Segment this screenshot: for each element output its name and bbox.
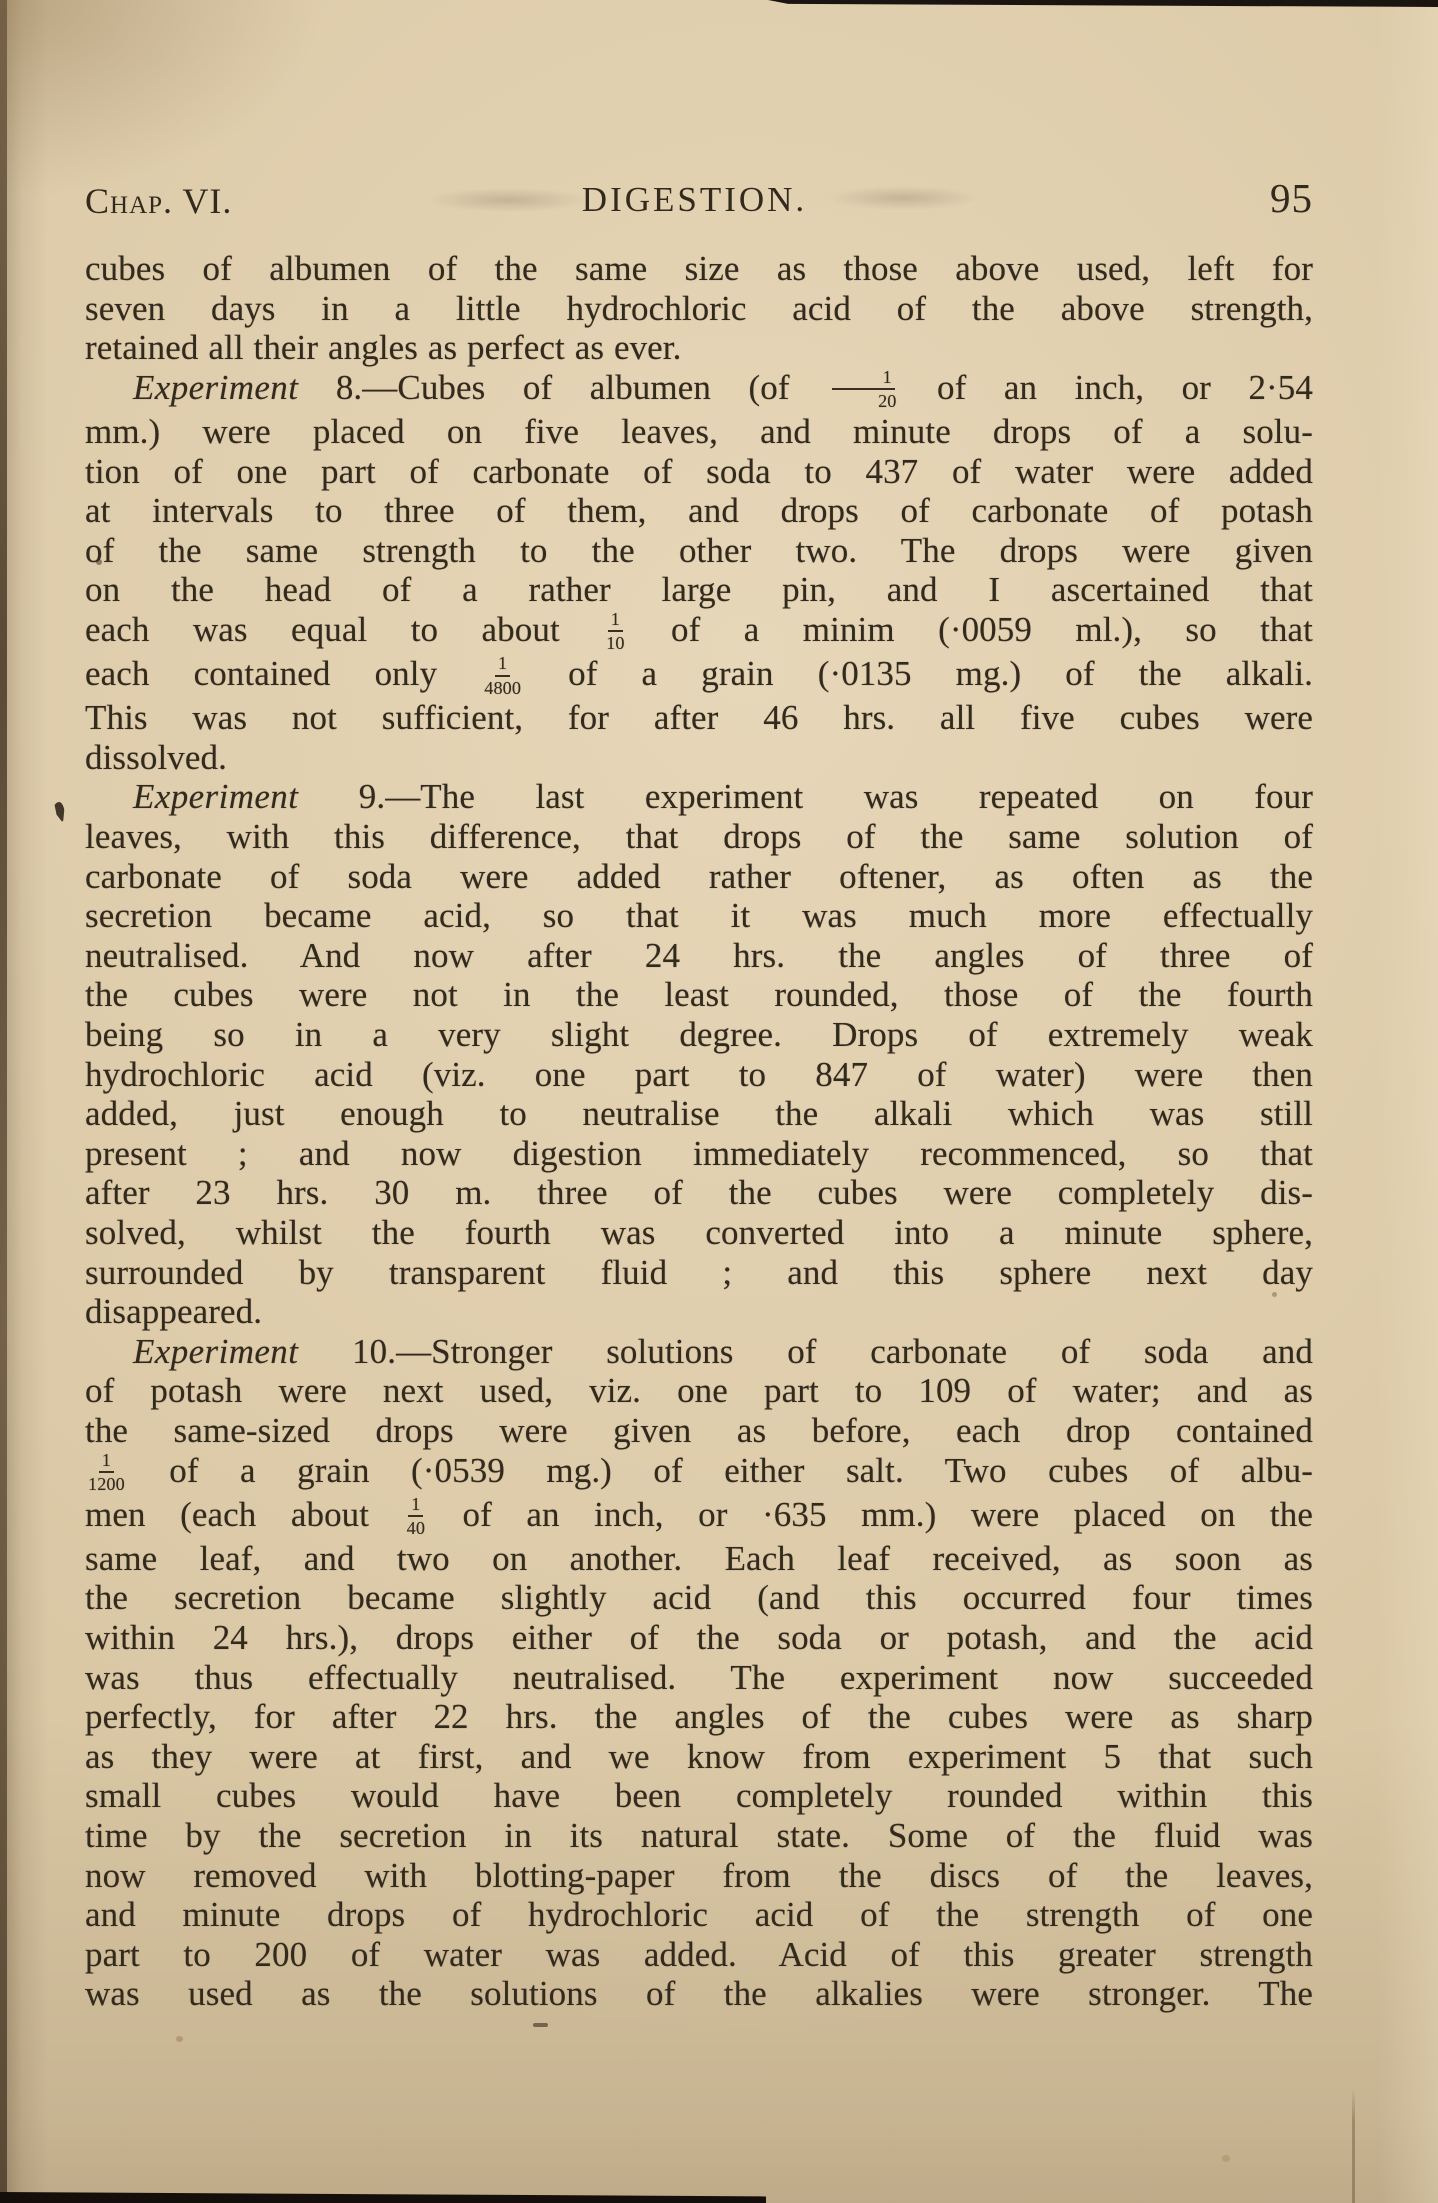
paragraph: Experiment 10.—Stronger solutions of car…	[85, 1332, 1313, 2014]
ink-mark	[533, 2023, 548, 2027]
text-line: each contained only 14800 of a grain (·0…	[85, 654, 1313, 698]
stacked-fraction: 11200	[88, 1451, 125, 1493]
text-line: disappeared.	[85, 1292, 1313, 1332]
italic-lead: Experiment	[133, 368, 298, 407]
text-line: Experiment 8.—Cubes of albumen (of 120 o…	[85, 368, 1313, 412]
text-line: secretion became acid, so that it was mu…	[85, 896, 1313, 936]
text-line: cubes of albumen of the same size as tho…	[85, 249, 1313, 289]
page-body: cubes of albumen of the same size as tho…	[85, 249, 1313, 2014]
text-line: mm.) were placed on five leaves, and min…	[85, 412, 1313, 452]
text-line: neutralised. And now after 24 hrs. the a…	[85, 936, 1313, 976]
paper-speck	[1222, 2155, 1230, 2162]
text-line: on the head of a rather large pin, and I…	[85, 570, 1313, 610]
text-line: after 23 hrs. 30 m. three of the cubes w…	[85, 1173, 1313, 1213]
stacked-fraction: 110	[606, 610, 624, 652]
text-line: hydrochloric acid (viz. one part to 847 …	[85, 1055, 1313, 1095]
text-line: seven days in a little hydrochloric acid…	[85, 289, 1313, 329]
text-line: 11200 of a grain (·0539 mg.) of either s…	[85, 1451, 1313, 1495]
text-line: of the same strength to the other two. T…	[85, 531, 1313, 571]
text-line: men (each about 140 of an inch, or ·635 …	[85, 1495, 1313, 1539]
text-line: solved, whilst the fourth was converted …	[85, 1213, 1313, 1253]
chapter-label: Chap. VI.	[85, 180, 232, 222]
text-line: was thus effectually neutralised. The ex…	[85, 1658, 1313, 1698]
page-number: 95	[1270, 174, 1313, 222]
italic-lead: Experiment	[133, 1332, 298, 1371]
paragraph: cubes of albumen of the same size as tho…	[85, 249, 1313, 368]
text-line: the secretion became slightly acid (and …	[85, 1578, 1313, 1618]
page-crease	[1352, 2088, 1355, 2203]
text-line: and minute drops of hydrochloric acid of…	[85, 1895, 1313, 1935]
text-line: tion of one part of carbonate of soda to…	[85, 452, 1313, 492]
book-gutter-edge	[0, 0, 7, 2203]
text-line: each was equal to about 110 of a minim (…	[85, 610, 1313, 654]
page-title: DIGESTION.	[582, 180, 807, 220]
book-page-scan: Chap. VI. DIGESTION. 95 cubes of albumen…	[0, 0, 1438, 2203]
text-line: leaves, with this difference, that drops…	[85, 817, 1313, 857]
text-line: added, just enough to neutralise the alk…	[85, 1094, 1313, 1134]
running-header: Chap. VI. DIGESTION. 95	[85, 174, 1313, 218]
text-line: retained all their angles as perfect as …	[85, 328, 1313, 368]
text-line: the same-sized drops were given as befor…	[85, 1411, 1313, 1451]
text-line: perfectly, for after 22 hrs. the angles …	[85, 1697, 1313, 1737]
text-line: same leaf, and two on another. Each leaf…	[85, 1539, 1313, 1579]
text-line: present ; and now digestion immediately …	[85, 1134, 1313, 1174]
stacked-fraction: 120	[830, 368, 896, 410]
stacked-fraction: 14800	[484, 654, 521, 696]
ink-mark	[52, 802, 65, 823]
text-line: now removed with blotting-paper from the…	[85, 1856, 1313, 1896]
paragraph: Experiment 8.—Cubes of albumen (of 120 o…	[85, 368, 1313, 778]
text-line: within 24 hrs.), drops either of the sod…	[85, 1618, 1313, 1658]
text-line: the cubes were not in the least rounded,…	[85, 975, 1313, 1015]
text-line: carbonate of soda were added rather ofte…	[85, 857, 1313, 897]
text-line: time by the secretion in its natural sta…	[85, 1816, 1313, 1856]
paper-speck	[176, 2036, 183, 2042]
text-line: dissolved.	[85, 738, 1313, 778]
stacked-fraction: 140	[407, 1495, 425, 1537]
paragraph: Experiment 9.—The last experiment was re…	[85, 777, 1313, 1331]
text-line: Experiment 10.—Stronger solutions of car…	[85, 1332, 1313, 1372]
text-line: as they were at first, and we know from …	[85, 1737, 1313, 1777]
text-line: being so in a very slight degree. Drops …	[85, 1015, 1313, 1055]
text-line: at intervals to three of them, and drops…	[85, 491, 1313, 531]
scan-edge-bottom	[0, 2192, 766, 2203]
text-line: was used as the solutions of the alkalie…	[85, 1974, 1313, 2014]
text-line: small cubes would have been completely r…	[85, 1776, 1313, 1816]
text-line: Experiment 9.—The last experiment was re…	[85, 777, 1313, 817]
text-line: This was not sufficient, for after 46 hr…	[85, 698, 1313, 738]
scan-edge-top	[768, 0, 1438, 7]
text-line: part to 200 of water was added. Acid of …	[85, 1935, 1313, 1975]
italic-lead: Experiment	[133, 777, 298, 816]
text-line: surrounded by transparent fluid ; and th…	[85, 1253, 1313, 1293]
text-line: of potash were next used, viz. one part …	[85, 1371, 1313, 1411]
